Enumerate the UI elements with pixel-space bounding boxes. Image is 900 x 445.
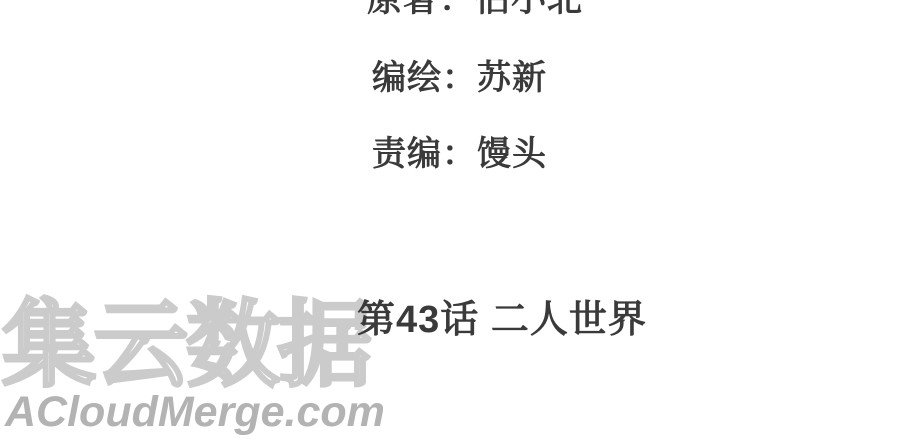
comic-credits-page: 原著：伯小北 编绘：苏新 责编：馒头 集云数据 第43话 二人世界 ACloud… [0, 0, 900, 445]
credit-line-artist: 编绘：苏新 [372, 61, 547, 95]
watermark-site-url: ACloudMerge.com [5, 391, 385, 434]
watermark-brand-text: 集云数据 [2, 298, 370, 392]
credit-line-editor: 责编：馒头 [372, 137, 547, 171]
credit-line-original-author: 原著：伯小北 [367, 0, 583, 17]
chapter-title: 第43话 二人世界 [357, 301, 647, 339]
